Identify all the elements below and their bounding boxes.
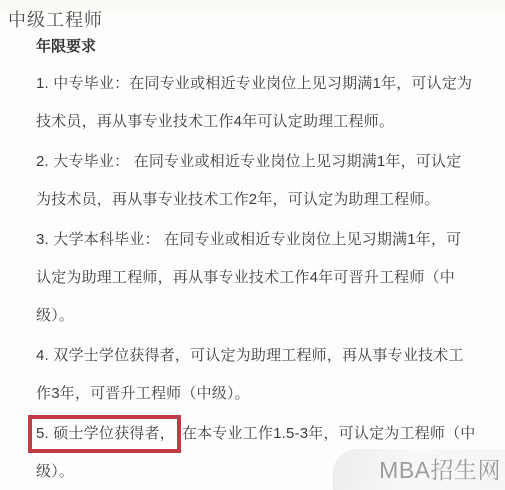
- requirement-line: 为技术员，再从事专业技术工作2年，可认定为助理工程师。: [36, 181, 481, 219]
- requirement-item: 3. 大学本科毕业： 在同专业或相近专业岗位上见习期满1年，可认定为助理工程师，…: [36, 221, 481, 335]
- requirement-item: 1. 中专毕业：在同专业或相近专业岗位上见习期满1年，可认定为技术员，再从事专业…: [36, 65, 481, 141]
- requirement-line: 2. 大专毕业： 在同专业或相近专业岗位上见习期满1年，可认定: [36, 143, 481, 181]
- highlight-box: 5. 硕士学位获得者，: [28, 415, 181, 453]
- requirement-text: 在本专业工作1.5-3年，可认定为工程师（中: [182, 425, 476, 442]
- article-body: 年限要求 1. 中专毕业：在同专业或相近专业岗位上见习期满1年，可认定为技术员，…: [36, 38, 481, 490]
- section-heading: 年限要求: [36, 38, 481, 56]
- requirement-line: 技术员，再从事专业技术工作4年可认定助理工程师。: [36, 103, 481, 141]
- requirement-item: 2. 大专毕业： 在同专业或相近专业岗位上见习期满1年，可认定为技术员，再从事专…: [36, 143, 481, 219]
- requirement-line: 级）。: [36, 297, 481, 335]
- requirement-line: 1. 中专毕业：在同专业或相近专业岗位上见习期满1年，可认定为: [36, 65, 481, 103]
- requirement-line: 3. 大学本科毕业： 在同专业或相近专业岗位上见习期满1年，可: [36, 221, 481, 259]
- requirement-line: 5. 硕士学位获得者，在本专业工作1.5-3年，可认定为工程师（中: [36, 415, 481, 453]
- page-title: 中级工程师: [8, 6, 103, 32]
- requirement-line: 作3年，可晋升工程师（中级）。: [36, 375, 481, 413]
- requirement-line: 4. 双学士学位获得者，可认定为助理工程师，再从事专业技术工: [36, 337, 481, 375]
- requirement-item: 4. 双学士学位获得者，可认定为助理工程师，再从事专业技术工作3年，可晋升工程师…: [36, 337, 481, 413]
- watermark-text: MBA招生网: [379, 452, 501, 485]
- requirement-line: 认定为助理工程师，再从事专业技术工作4年可晋升工程师（中: [36, 259, 481, 297]
- requirements-list: 1. 中专毕业：在同专业或相近专业岗位上见习期满1年，可认定为技术员，再从事专业…: [36, 65, 481, 490]
